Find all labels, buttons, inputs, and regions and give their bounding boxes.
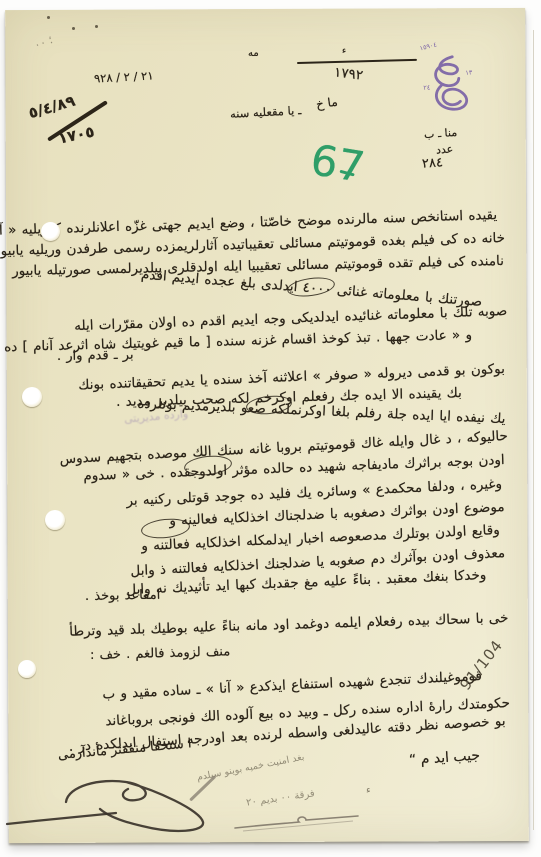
closing-phrase: جيب ايد م “	[408, 748, 480, 769]
paper-speck	[47, 16, 50, 19]
handwritten-line: بر ـ قدم وار .	[57, 348, 134, 364]
reference-number-bottom: ١٧٠٥	[57, 122, 97, 147]
stamp-digits-top: ١٥٩٠٤	[419, 40, 438, 52]
reference-number-top: ٥/٤/٨٩	[26, 92, 77, 122]
pencil-strike-line	[233, 812, 361, 832]
archive-number-text: 67	[307, 135, 367, 192]
punch-hole	[45, 510, 65, 530]
archive-number-green: 67	[307, 135, 367, 192]
handwritten-line: امقاعد بوخذ .	[85, 588, 161, 604]
registry-number-value: ٢٨٤	[422, 155, 444, 171]
handwritten-line: خى با سحاك بيده رفعلام ايلمه دوغمد اود م…	[69, 610, 509, 640]
handwritten-line: قوموغيلندك تنجدع شهيده استنفاع ايذكدع « …	[102, 668, 482, 703]
addressee-line-2: ـ يا مقعليه سنه	[230, 103, 302, 121]
stamp-monogram-icon	[424, 51, 476, 114]
corner-pencil-mark: ؛ ٠٠	[32, 33, 54, 52]
ink-layer: ؛ ٠٠ ٢١ / ٢ / ٩٢٨ ٥/٤/٨٩ ١٧٠٥ مه ء ١٧٩٢ …	[0, 0, 541, 857]
serial-underline	[297, 59, 417, 64]
addressee-line-1: ما خ	[315, 95, 338, 112]
pencil-note-2: فرقة ٠٠ بديم ٢٠	[246, 788, 316, 808]
punch-hole	[18, 660, 36, 678]
punch-hole	[22, 387, 42, 407]
margin-archive-number: 91/104	[456, 636, 506, 693]
punch-hole	[41, 222, 60, 241]
registry-number-label: عدد	[436, 142, 454, 156]
registry-stamp: ١٥٩٠٤ ١٣ ٢٤	[422, 44, 479, 119]
paper-speck	[72, 27, 75, 30]
date-annotation: ٢١ / ٢ / ٩٢٨	[94, 68, 154, 85]
paper-speck	[95, 25, 98, 28]
scanned-document-page: ؛ ٠٠ ٢١ / ٢ / ٩٢٨ ٥/٤/٨٩ ١٧٠٥ مه ء ١٧٩٢ …	[0, 0, 541, 857]
serial-hamza-mark: ء	[342, 46, 346, 56]
signature-flourish	[4, 776, 234, 838]
serial-side-note: مه	[248, 48, 259, 59]
handwritten-line: منف لزومذ فالغم . خف :	[90, 644, 231, 663]
serial-number: ١٧٩٢	[333, 64, 364, 83]
registry-office-line: منا ـ ب	[424, 126, 458, 141]
pencil-quote-mark: ء	[366, 785, 371, 796]
